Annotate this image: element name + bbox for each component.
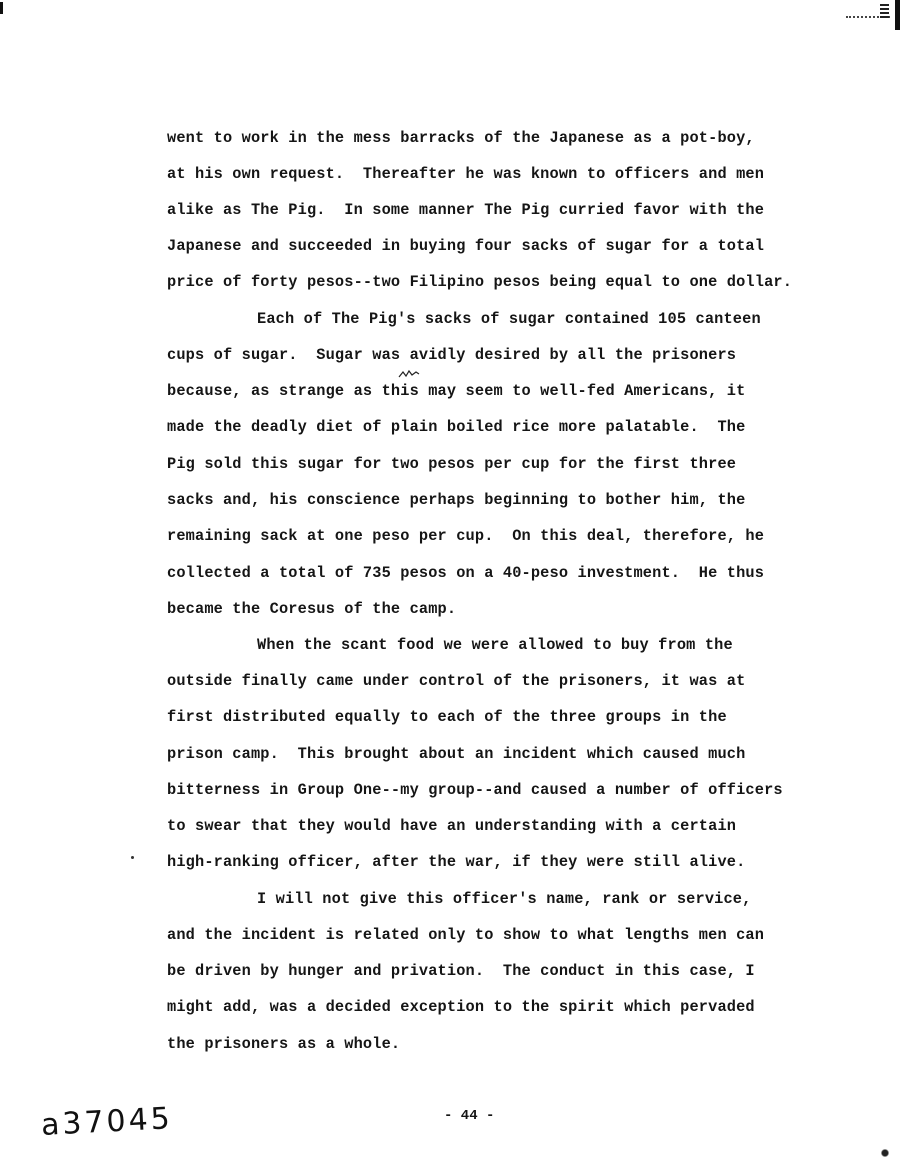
- text-line: When the scant food we were allowed to b…: [257, 635, 733, 655]
- text-line: bitterness in Group One--my group--and c…: [167, 780, 783, 800]
- text-line: might add, was a decided exception to th…: [167, 997, 755, 1017]
- text-line: to swear that they would have an underst…: [167, 816, 736, 836]
- text-line: became the Coresus of the camp.: [167, 599, 456, 619]
- text-line: Each of The Pig's sacks of sugar contain…: [257, 309, 761, 329]
- text-line: sacks and, his conscience perhaps beginn…: [167, 490, 745, 510]
- handwritten-insert-mark: [398, 369, 420, 379]
- text-line: Japanese and succeeded in buying four sa…: [167, 236, 764, 256]
- handwritten-annotation: a37045: [40, 1101, 173, 1143]
- text-line: collected a total of 735 pesos on a 40-p…: [167, 563, 764, 583]
- text-line: outside finally came under control of th…: [167, 671, 745, 691]
- text-line: alike as The Pig. In some manner The Pig…: [167, 200, 764, 220]
- text-line: cups of sugar. Sugar was avidly desired …: [167, 345, 736, 365]
- text-line: and the incident is related only to show…: [167, 925, 764, 945]
- text-line: high-ranking officer, after the war, if …: [167, 852, 745, 872]
- text-line: prison camp. This brought about an incid…: [167, 744, 745, 764]
- page-number: - 44 -: [444, 1108, 494, 1124]
- scan-speck: [131, 856, 134, 859]
- text-line: remaining sack at one peso per cup. On t…: [167, 526, 764, 546]
- scan-corner-smudge: [880, 1148, 890, 1158]
- scan-edge-mark: [0, 2, 3, 14]
- text-line: be driven by hunger and privation. The c…: [167, 961, 755, 981]
- text-line: Pig sold this sugar for two pesos per cu…: [167, 454, 736, 474]
- text-line: went to work in the mess barracks of the…: [167, 128, 755, 148]
- document-page: went to work in the mess barracks of the…: [0, 0, 900, 1166]
- text-line: because, as strange as this may seem to …: [167, 381, 745, 401]
- text-line: the prisoners as a whole.: [167, 1034, 400, 1054]
- text-line: I will not give this officer's name, ran…: [257, 889, 751, 909]
- text-line: price of forty pesos--two Filipino pesos…: [167, 272, 792, 292]
- text-line: at his own request. Thereafter he was kn…: [167, 164, 764, 184]
- scan-edge-bar: [895, 0, 900, 30]
- text-line: made the deadly diet of plain boiled ric…: [167, 417, 745, 437]
- scan-corner-glyph: [880, 2, 889, 18]
- text-line: first distributed equally to each of the…: [167, 707, 727, 727]
